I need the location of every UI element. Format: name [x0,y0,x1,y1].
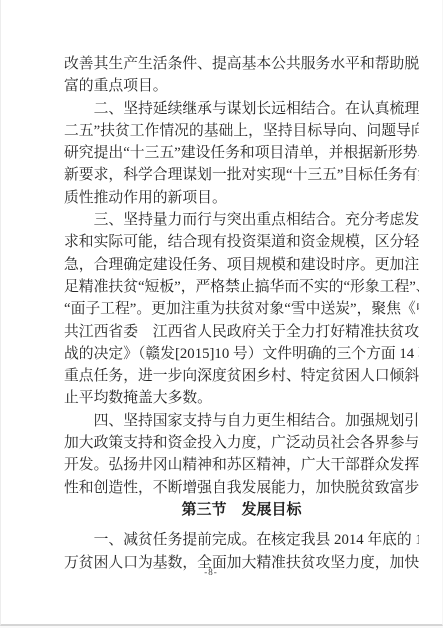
text-line: “面子工程”。更加注重为扶贫对象“雪中送炭”，聚焦《中 [64,298,419,320]
text-line: 四、坚持国家支持与自力更生相结合。加强规划引导， [64,410,419,432]
text-line: 研究提出“十三五”建设任务和项目清单，并根据新形势、 [64,142,419,164]
text-line: 加大政策支持和资金投入力度，广泛动员社会各界参与扶贫 [64,432,419,454]
text-line: 战的决定》（赣发[2015]10 号）文件明确的三个方面 14 项 [64,343,419,365]
section-heading: 第三节 发展目标 [64,499,419,521]
text-line: 富的重点项目。 [64,75,419,97]
text-line: 三、坚持量力而行与突出重点相结合。充分考虑发展需 [64,209,419,231]
text-line: 一、减贫任务提前完成。在核定我县 2014 年底的 1.8 [64,529,419,551]
text-line: 足精准扶贫“短板”，严格禁止搞华而不实的“形象工程”、 [64,276,419,298]
page-body: 改善其生产生活条件、提高基本公共服务水平和帮助脱贫致富的重点项目。二、坚持延续继… [64,53,419,574]
text-line: 止平均数掩盖大多数。 [64,387,419,409]
text-line: 二、坚持延续继承与谋划长远相结合。在认真梳理“十 [64,98,419,120]
text-line: 共江西省委 江西省人民政府关于全力打好精准扶贫攻坚 [64,321,419,343]
text-line: 质性推动作用的新项目。 [64,187,419,209]
text-line: 新要求，科学合理谋划一批对实现“十三五”目标任务有实 [64,164,419,186]
page-number: -8- [1,567,421,577]
text-line: 开发。弘扬井冈山精神和苏区精神，广大干部群众发挥主动 [64,454,419,476]
text-line: 二五”扶贫工作情况的基础上，坚持目标导向、问题导向， [64,120,419,142]
text-line: 性和创造性，不断增强自我发展能力，加快脱贫致富步伐。 [64,477,419,499]
text-line: 急，合理确定建设任务、项目规模和建设时序。更加注重补 [64,254,419,276]
text-line: 求和实际可能，结合现有投资渠道和资金规模，区分轻重缓 [64,231,419,253]
text-line: 改善其生产生活条件、提高基本公共服务水平和帮助脱贫致 [64,53,419,75]
document-page: 改善其生产生活条件、提高基本公共服务水平和帮助脱贫致富的重点项目。二、坚持延续继… [0,0,443,626]
text-line: 重点任务，进一步向深度贫困乡村、特定贫困人口倾斜，防 [64,365,419,387]
